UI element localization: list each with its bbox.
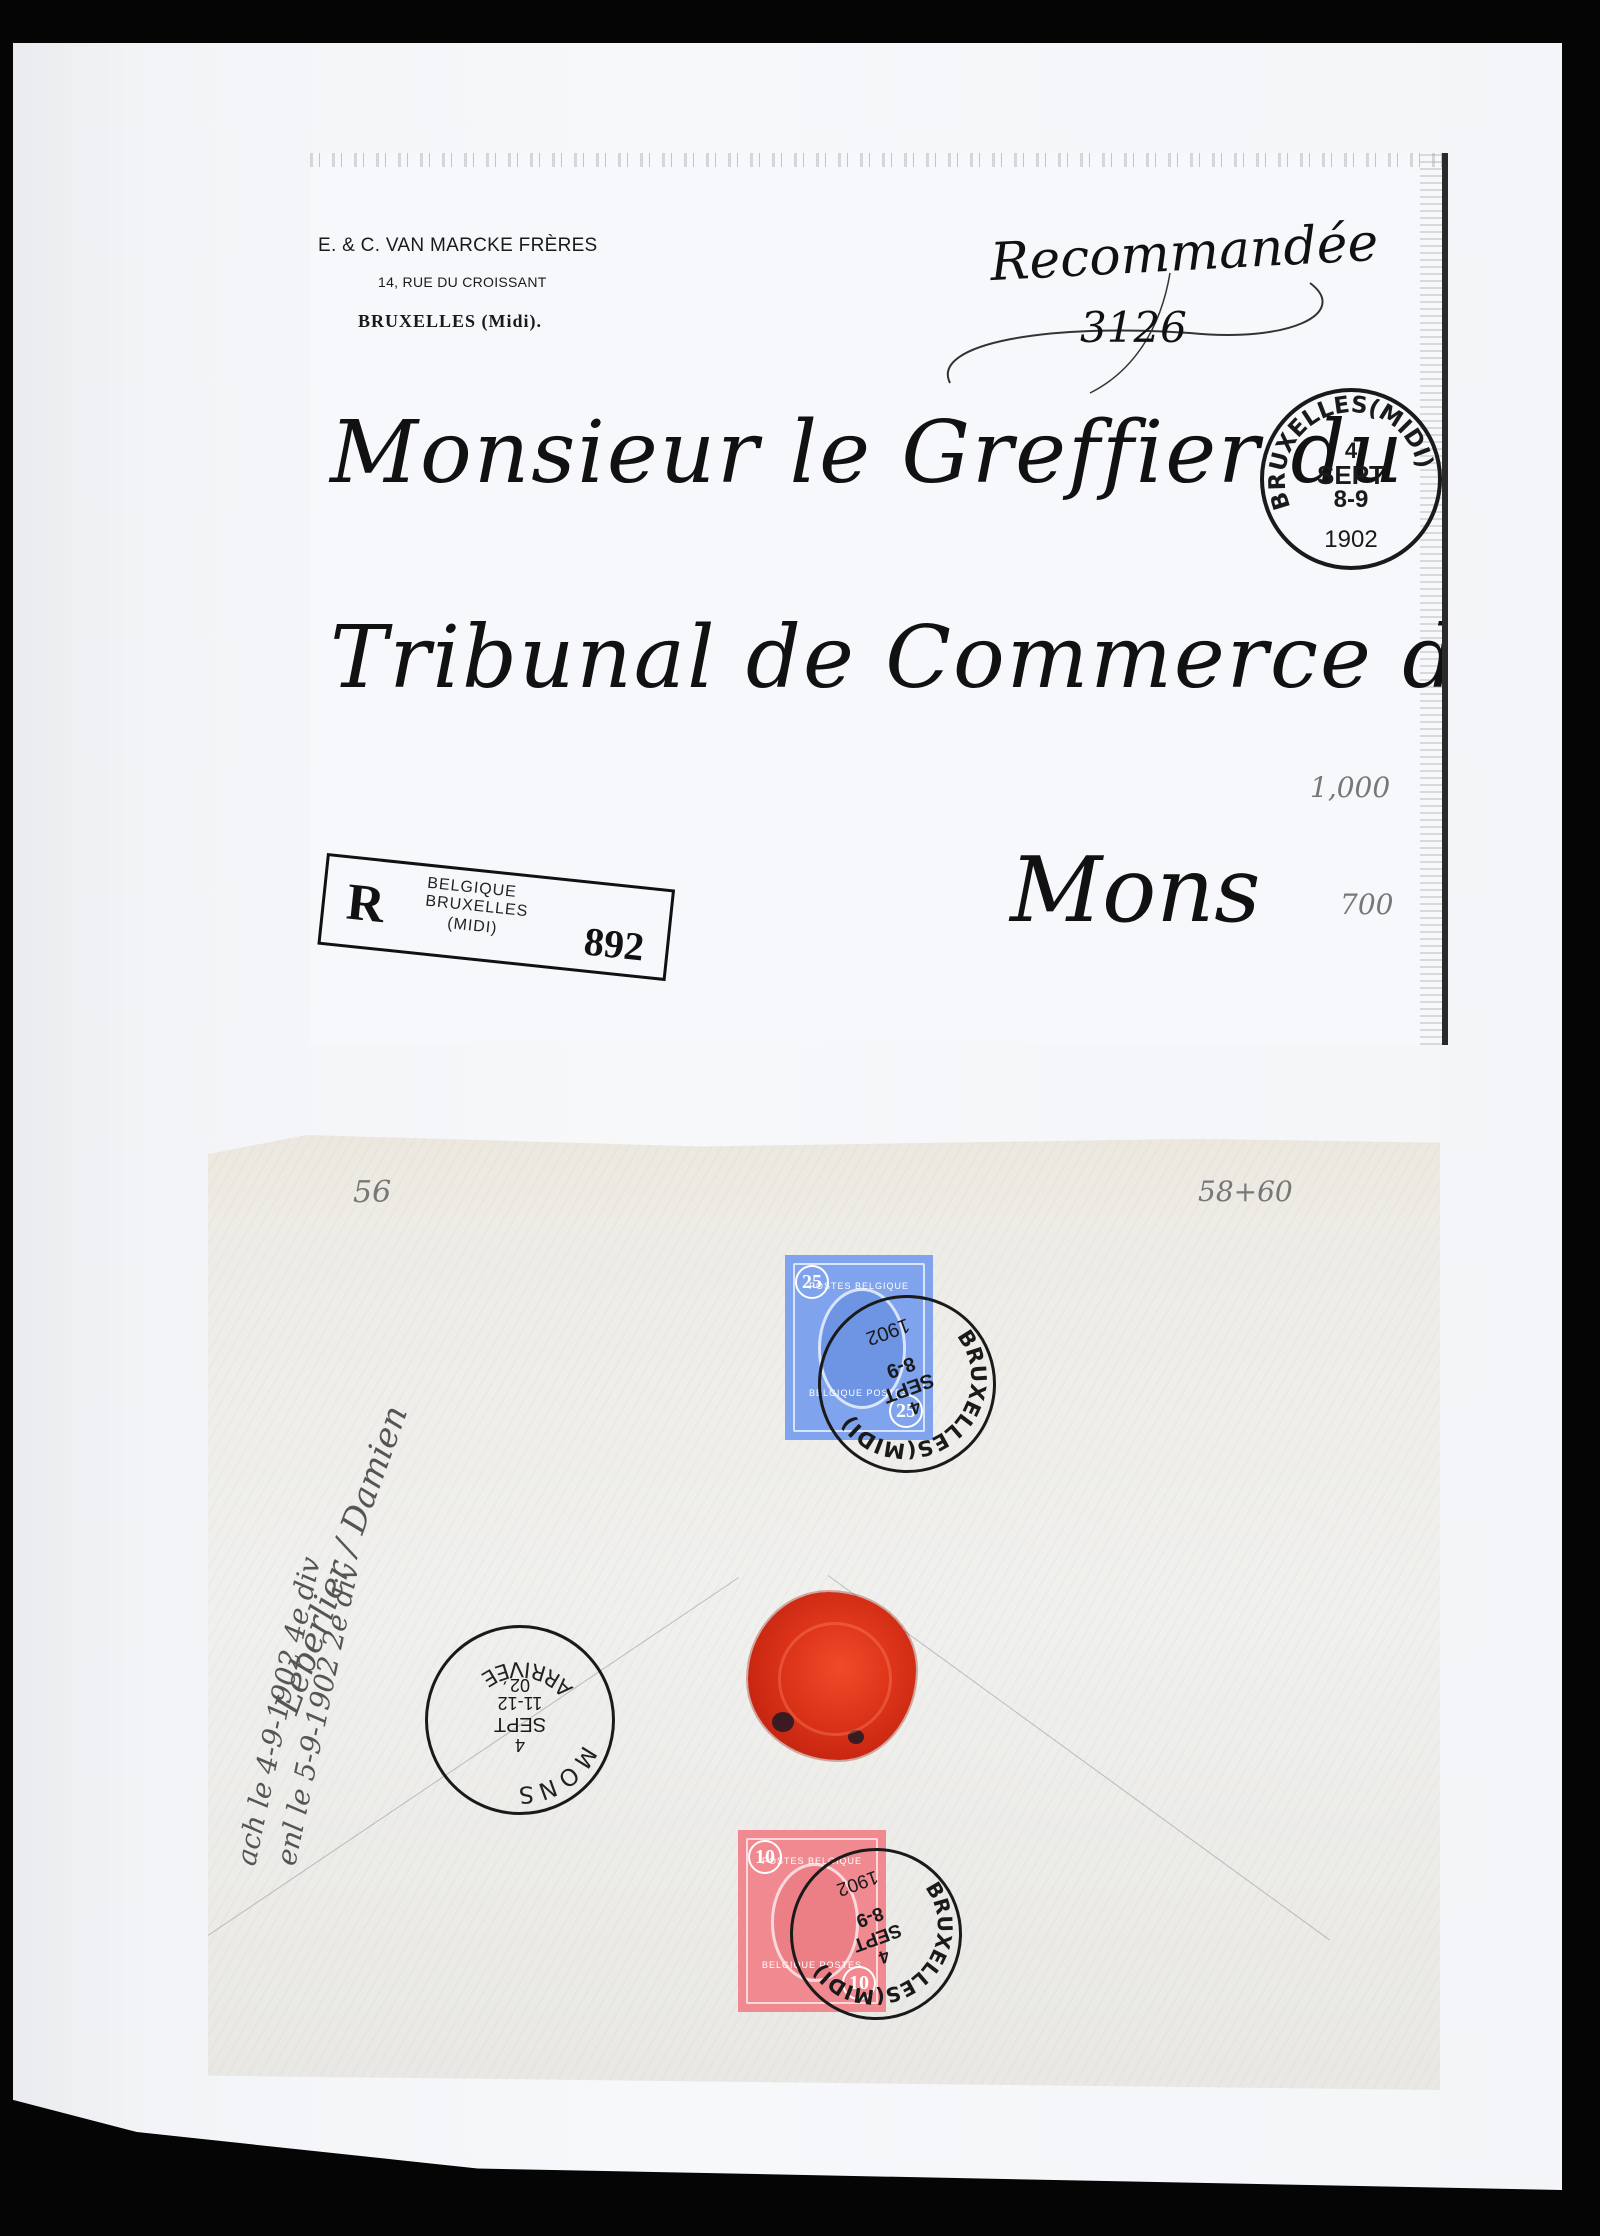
sender-name: E. & C. VAN MARCKE FRÈRES — [318, 235, 598, 257]
envelope-front-photocopy: E. & C. VAN MARCKE FRÈRES 14, RUE DU CRO… — [310, 153, 1448, 1045]
postmark-time: 11-12 — [428, 1694, 612, 1712]
registration-label: R BELGIQUE BRUXELLES (MIDI) 892 — [317, 853, 675, 981]
address-line-1: Monsieur le Greffier du — [330, 403, 1405, 503]
handwritten-register-number: 3126 — [1080, 303, 1187, 352]
seal-blot — [848, 1730, 864, 1744]
pencil-note-56: 56 — [353, 1175, 391, 1210]
copy-noise-right — [1420, 153, 1442, 1045]
postmark-bruxelles-midi: BRUXELLES(MIDI) 4 SEPT 8-9 1902 — [1260, 388, 1442, 570]
address-line-3: Mons — [1010, 838, 1261, 943]
pencil-catalogue-note: 700 — [1340, 888, 1393, 921]
postmark-day: 4 — [1264, 440, 1438, 462]
pencil-price-note: 1,000 — [1310, 771, 1390, 804]
postmark-month: SEPT — [1264, 462, 1438, 488]
sender-city: BRUXELLES (Midi). — [358, 311, 542, 332]
postmark-day: 4 — [428, 1736, 612, 1754]
page-shadow — [13, 43, 153, 2143]
copy-noise-top — [310, 153, 1442, 167]
stamp-legend-top: POSTES BELGIQUE — [785, 1281, 933, 1291]
postmark-year: 1902 — [1264, 528, 1438, 552]
registration-office: (MIDI) — [446, 915, 498, 938]
pencil-note-58-60: 58+60 — [1198, 1175, 1293, 1208]
registration-number: 892 — [582, 917, 647, 970]
postmark-time: 8-9 — [1264, 488, 1438, 512]
postmark-year: 02 — [428, 1676, 612, 1694]
registration-letter: R — [344, 873, 388, 936]
postmark-mons-arrivee: MONS ARRIVÉE 4 SEPT 11-12 02 — [425, 1625, 615, 1815]
sender-street: 14, RUE DU CROISSANT — [378, 274, 547, 290]
address-line-2: Tribunal de Commerce de — [330, 608, 1448, 708]
wax-seal — [748, 1592, 916, 1760]
seal-blot — [772, 1712, 794, 1732]
postmark-month: SEPT — [428, 1714, 612, 1734]
